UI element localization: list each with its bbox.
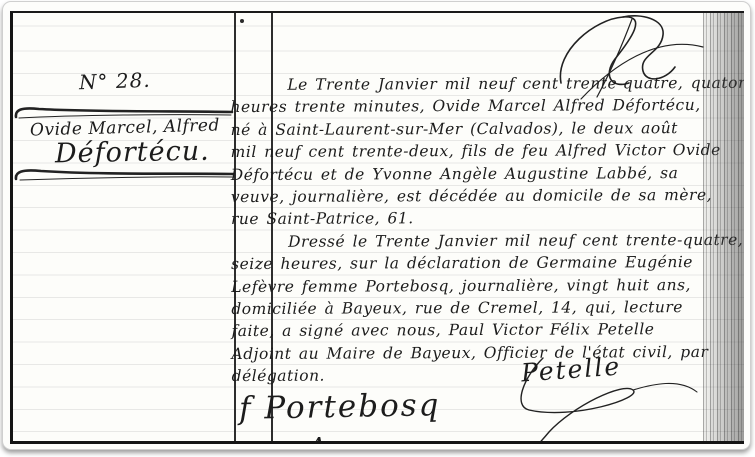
act-line: domiciliée à Bayeux, rue de Cremel, 14, …: [231, 296, 709, 320]
register-page-scan: N° 28. Ovide Marcel, Alfred Défortécu.: [10, 11, 744, 444]
act-line: mil neuf cent trente-deux, fils de feu A…: [231, 139, 709, 163]
declarant-signature: f Portebosq: [239, 387, 441, 427]
act-line: faite, a signé avec nous, Paul Victor Fé…: [231, 318, 709, 342]
partial-signature-fragment: Ag: [308, 433, 349, 444]
act-line: Défortécu et de Yvonne Angèle Augustine …: [231, 162, 709, 186]
deceased-name-line2: Défortécu.: [55, 136, 210, 170]
act-line: Dressé le Trente Janvier mil neuf cent t…: [231, 229, 709, 253]
margin-column: N° 28. Ovide Marcel, Alfred Défortécu.: [13, 13, 234, 441]
book-binding-gutter-shadow: [703, 13, 744, 441]
act-line: Le Trente Janvier mil neuf cent trente-q…: [230, 72, 708, 96]
margin-separator-line-bottom: [13, 166, 235, 182]
act-line: né à Saint-Laurent-sur-Mer (Calvados), l…: [231, 117, 709, 141]
act-line: veuve, journalière, est décédée au domic…: [231, 184, 709, 208]
act-line: rue Saint-Patrice, 61.: [231, 206, 709, 230]
act-line: Lefèvre femme Portebosq, journalière, vi…: [231, 273, 709, 297]
scanned-register-frame: N° 28. Ovide Marcel, Alfred Défortécu.: [2, 1, 751, 450]
act-line: seize heures, sur la déclaration de Germ…: [231, 251, 709, 275]
record-number: N° 28.: [79, 68, 151, 94]
act-line: heures trente minutes, Ovide Marcel Alfr…: [230, 94, 708, 118]
act-body-text: Le Trente Janvier mil neuf cent trente-q…: [230, 72, 709, 388]
ink-spot: [240, 19, 244, 23]
